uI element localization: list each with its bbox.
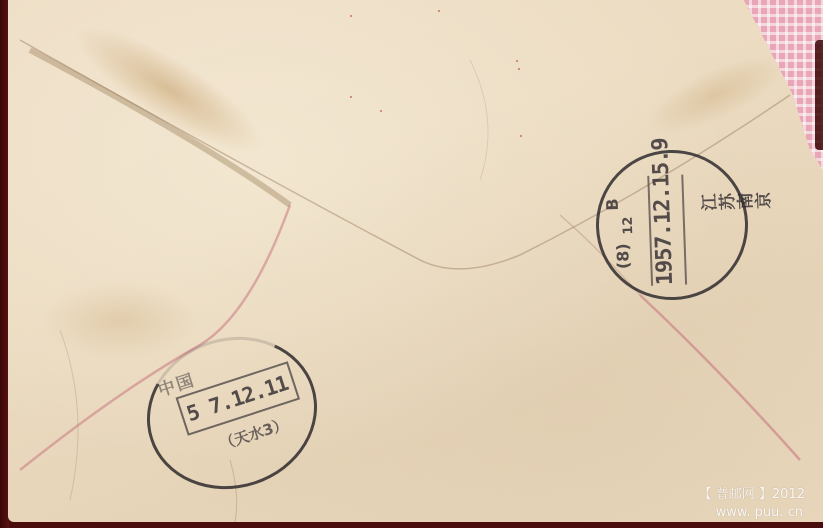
- ink-speck: [350, 96, 352, 98]
- postmark-code-top: B: [603, 198, 622, 211]
- ink-speck: [520, 135, 522, 137]
- postmark-city: 江苏南京: [700, 189, 773, 216]
- envelope-photo: B 12 (8) 1957.12.15.9 江苏南京 中国 5 7.12.11 …: [0, 0, 823, 528]
- ink-speck: [516, 60, 518, 62]
- ink-speck: [438, 10, 440, 12]
- site-watermark: 【 普邮网 】2012 www. puu. cn: [699, 486, 805, 522]
- ink-speck: [518, 68, 520, 70]
- postmark-code-bottom: (8): [613, 243, 633, 269]
- ink-speck: [350, 15, 352, 17]
- watermark-url: www. puu. cn: [699, 504, 803, 522]
- postmark-hour: 12: [621, 216, 637, 235]
- postmark-date: 1957.12.15.9: [647, 175, 687, 286]
- ink-speck: [380, 110, 382, 112]
- watermark-site-name: 【 普邮网 】2012: [699, 486, 805, 504]
